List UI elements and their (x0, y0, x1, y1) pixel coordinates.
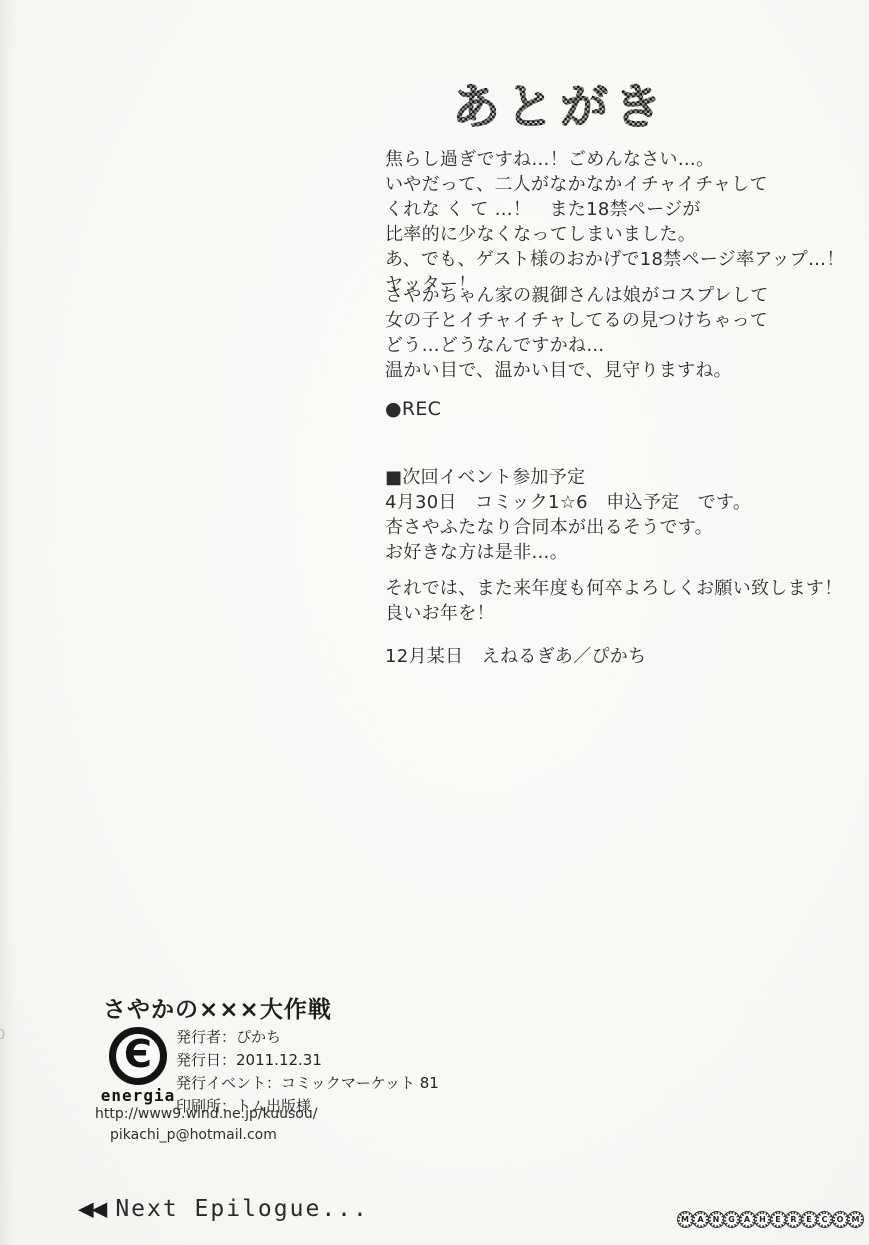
energia-logo-text: energia (96, 1086, 180, 1105)
energia-e-glyph: Є (124, 1035, 152, 1073)
watermark-letter-badge: M (677, 1211, 694, 1228)
watermark-letter: A (744, 1216, 750, 1224)
double-left-arrow-icon: ◀◀ (78, 1194, 105, 1224)
next-event-details: 4月30日 コミック1☆6 申込予定 です。 杏さやふたなり合同本が出るそうです… (385, 490, 855, 565)
watermark-letter-badge: M (847, 1211, 864, 1228)
watermark-letter: E (775, 1216, 780, 1224)
afterword-paragraph-2: さやかちゃん家の親御さんは娘がコスプレして 女の子とイチャイチャしてるの見つけち… (385, 283, 855, 383)
watermark-letter-badge: N (708, 1211, 725, 1228)
website-url: http://www9.wind.ne.jp/kuusou/ (95, 1106, 317, 1122)
watermark-letter-badge: E (801, 1211, 818, 1228)
watermark-letter-badge: A (692, 1211, 709, 1228)
afterword-paragraph-1: 焦らし過ぎですね…！ごめんなさい…。 いやだって、二人がなかなかイチャイチャして… (385, 147, 855, 297)
watermark-letter: N (713, 1216, 720, 1224)
manga-afterword-page: 0 あとがき 焦らし過ぎですね…！ごめんなさい…。 いやだって、二人がなかなかイ… (0, 0, 869, 1245)
watermark-letter-badge: R (785, 1211, 802, 1228)
mangahere-watermark: M A N G A H E R E C O M (678, 1211, 864, 1228)
contact-email: pikachi_p@hotmail.com (110, 1127, 277, 1143)
energia-logo-icon: Є (109, 1027, 167, 1085)
watermark-letter-badge: C (816, 1211, 833, 1228)
publisher-line: 発行者：ぴかち (176, 1026, 439, 1049)
next-epilogue-line: ◀◀ Next Epilogue... (78, 1194, 369, 1224)
colophon-info: 発行者：ぴかち 発行日：2011.12.31 発行イベント：コミックマーケット … (176, 1026, 439, 1118)
next-epilogue-label: Next Epilogue... (115, 1196, 369, 1222)
watermark-letter: O (837, 1216, 844, 1224)
watermark-letter-badge: O (832, 1211, 849, 1228)
watermark-letter-badge: A (739, 1211, 756, 1228)
watermark-letter-badge: E (770, 1211, 787, 1228)
watermark-letter: A (697, 1216, 703, 1224)
next-event-heading: ■次回イベント参加予定 (385, 465, 855, 490)
watermark-letter: G (728, 1216, 735, 1224)
watermark-letter: E (806, 1216, 811, 1224)
watermark-letter: R (790, 1216, 796, 1224)
watermark-letter: M (681, 1216, 689, 1224)
rec-line: ●REC (385, 397, 855, 422)
watermark-letter-badge: G (723, 1211, 740, 1228)
watermark-letter-badge: H (754, 1211, 771, 1228)
page-title: あとがき (452, 68, 668, 137)
publish-date-line: 発行日：2011.12.31 (176, 1049, 439, 1072)
watermark-letter: M (852, 1216, 860, 1224)
signature-line: 12月某日 えねるぎあ／ぴかち (385, 644, 855, 669)
watermark-letter: H (759, 1216, 766, 1224)
energia-logo: Є energia (96, 1027, 180, 1105)
watermark-letter: C (822, 1216, 828, 1224)
publish-event-line: 発行イベント：コミックマーケット 81 (176, 1072, 439, 1095)
page-number-artifact: 0 (0, 1028, 5, 1043)
book-title: さやかの×××大作戦 (103, 991, 332, 1024)
scan-edge-shading (0, 0, 14, 1245)
closing-remarks: それでは、また来年度も何卒よろしくお願い致します！ 良いお年を！ (385, 576, 855, 626)
